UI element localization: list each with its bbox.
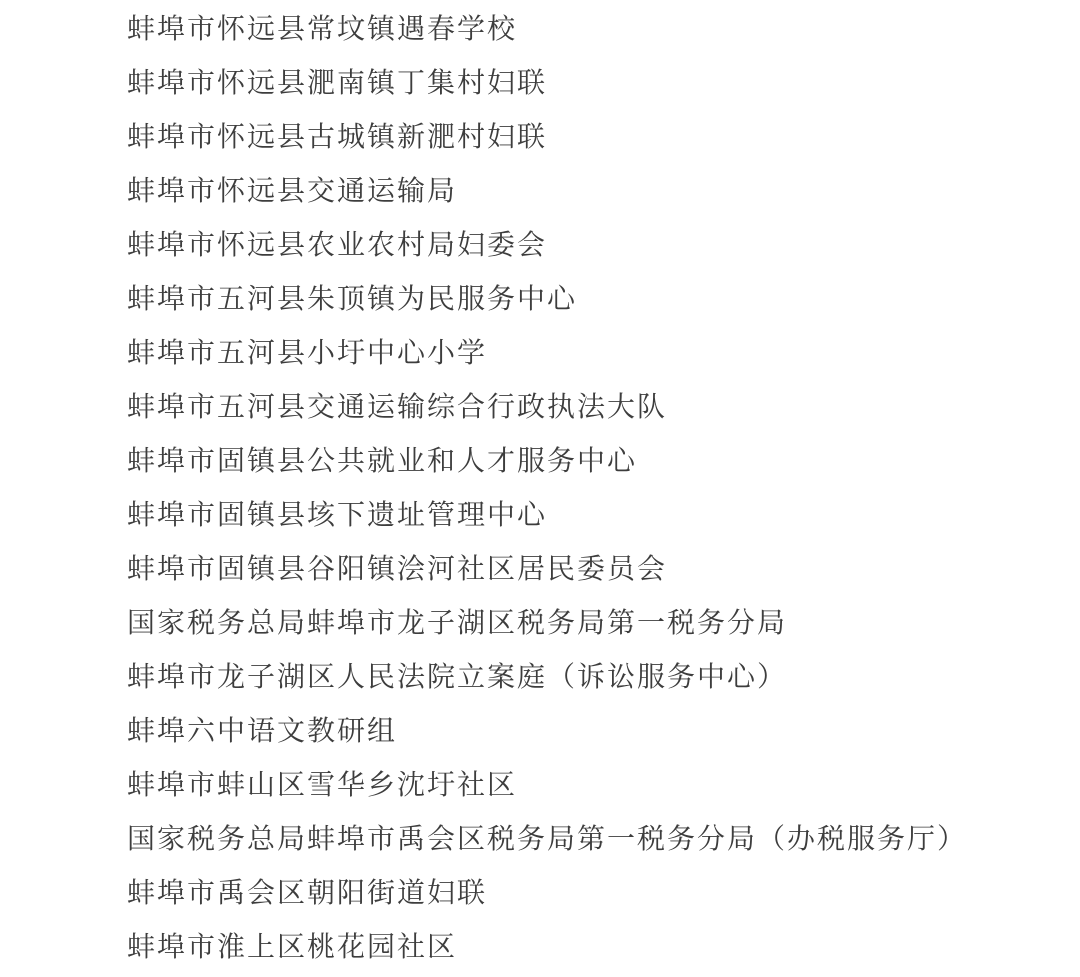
org-list-item: 蚌埠市怀远县农业农村局妇委会 [127, 219, 1080, 273]
org-list-item: 蚌埠六中语文教研组 [127, 705, 1080, 759]
org-list-item: 蚌埠市怀远县古城镇新淝村妇联 [127, 111, 1080, 165]
org-list-item: 蚌埠市怀远县淝南镇丁集村妇联 [127, 57, 1080, 111]
org-list: 蚌埠市怀远县常坟镇遇春学校 蚌埠市怀远县淝南镇丁集村妇联 蚌埠市怀远县古城镇新淝… [127, 3, 1080, 975]
org-list-item: 蚌埠市淮上区桃花园社区 [127, 921, 1080, 975]
org-list-item: 蚌埠市五河县朱顶镇为民服务中心 [127, 273, 1080, 327]
org-list-item: 蚌埠市禹会区朝阳街道妇联 [127, 867, 1080, 921]
org-list-item: 蚌埠市固镇县垓下遗址管理中心 [127, 489, 1080, 543]
org-list-item: 蚌埠市五河县交通运输综合行政执法大队 [127, 381, 1080, 435]
document-page: 蚌埠市怀远县常坟镇遇春学校 蚌埠市怀远县淝南镇丁集村妇联 蚌埠市怀远县古城镇新淝… [0, 0, 1080, 977]
org-list-item: 国家税务总局蚌埠市龙子湖区税务局第一税务分局 [127, 597, 1080, 651]
org-list-item: 蚌埠市蚌山区雪华乡沈圩社区 [127, 759, 1080, 813]
org-list-item: 蚌埠市龙子湖区人民法院立案庭（诉讼服务中心） [127, 651, 1080, 705]
org-list-item: 蚌埠市五河县小圩中心小学 [127, 327, 1080, 381]
org-list-item: 蚌埠市怀远县常坟镇遇春学校 [127, 3, 1080, 57]
org-list-item: 蚌埠市固镇县谷阳镇浍河社区居民委员会 [127, 543, 1080, 597]
org-list-item: 蚌埠市固镇县公共就业和人才服务中心 [127, 435, 1080, 489]
org-list-item: 国家税务总局蚌埠市禹会区税务局第一税务分局（办税服务厅） [127, 813, 1080, 867]
org-list-item: 蚌埠市怀远县交通运输局 [127, 165, 1080, 219]
